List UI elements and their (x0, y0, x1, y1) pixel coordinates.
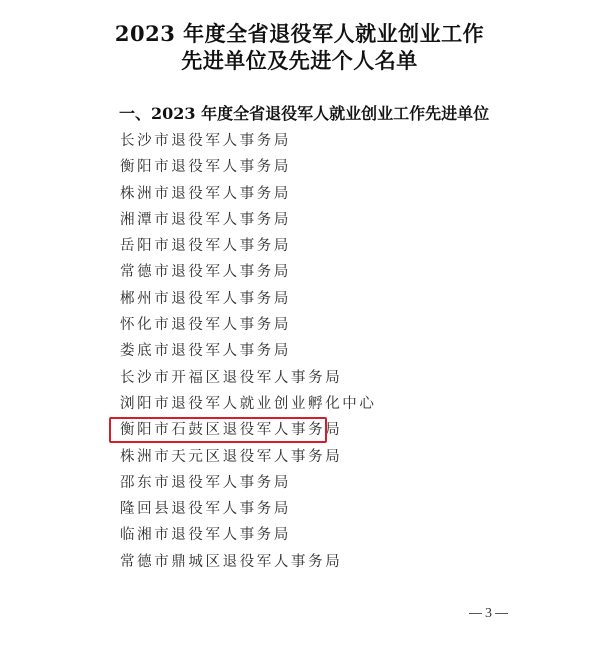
unit-item: 郴州市退役军人事务局 (120, 286, 377, 312)
unit-item: 怀化市退役军人事务局 (120, 312, 377, 338)
unit-item-highlighted: 衡阳市石鼓区退役军人事务局 (120, 417, 377, 443)
unit-item: 常德市鼎城区退役军人事务局 (120, 549, 377, 575)
unit-item: 娄底市退役军人事务局 (120, 338, 377, 364)
unit-item: 株洲市退役军人事务局 (120, 181, 377, 207)
page-number: 3 (466, 606, 511, 622)
page-number-value: 3 (485, 606, 492, 621)
dash-left (469, 613, 482, 614)
unit-item: 株洲市天元区退役军人事务局 (120, 444, 377, 470)
unit-item: 隆回县退役军人事务局 (120, 496, 377, 522)
unit-item: 长沙市退役军人事务局 (120, 128, 377, 154)
dash-right (495, 613, 508, 614)
document-title-line-2: 先进单位及先进个人名单 (0, 48, 599, 74)
unit-item: 衡阳市退役军人事务局 (120, 154, 377, 180)
advanced-units-list: 长沙市退役军人事务局 衡阳市退役军人事务局 株洲市退役军人事务局 湘潭市退役军人… (120, 128, 377, 575)
unit-item: 邵东市退役军人事务局 (120, 470, 377, 496)
unit-item: 湘潭市退役军人事务局 (120, 207, 377, 233)
unit-item: 常德市退役军人事务局 (120, 259, 377, 285)
unit-item: 长沙市开福区退役军人事务局 (120, 365, 377, 391)
unit-item: 浏阳市退役军人就业创业孵化中心 (120, 391, 377, 417)
document-title-line-1: 2023 年度全省退役军人就业创业工作 (0, 21, 599, 47)
unit-item: 临湘市退役军人事务局 (120, 522, 377, 548)
unit-item: 岳阳市退役军人事务局 (120, 233, 377, 259)
section-heading: 一、2023 年度全省退役军人就业创业工作先进单位 (119, 103, 489, 125)
